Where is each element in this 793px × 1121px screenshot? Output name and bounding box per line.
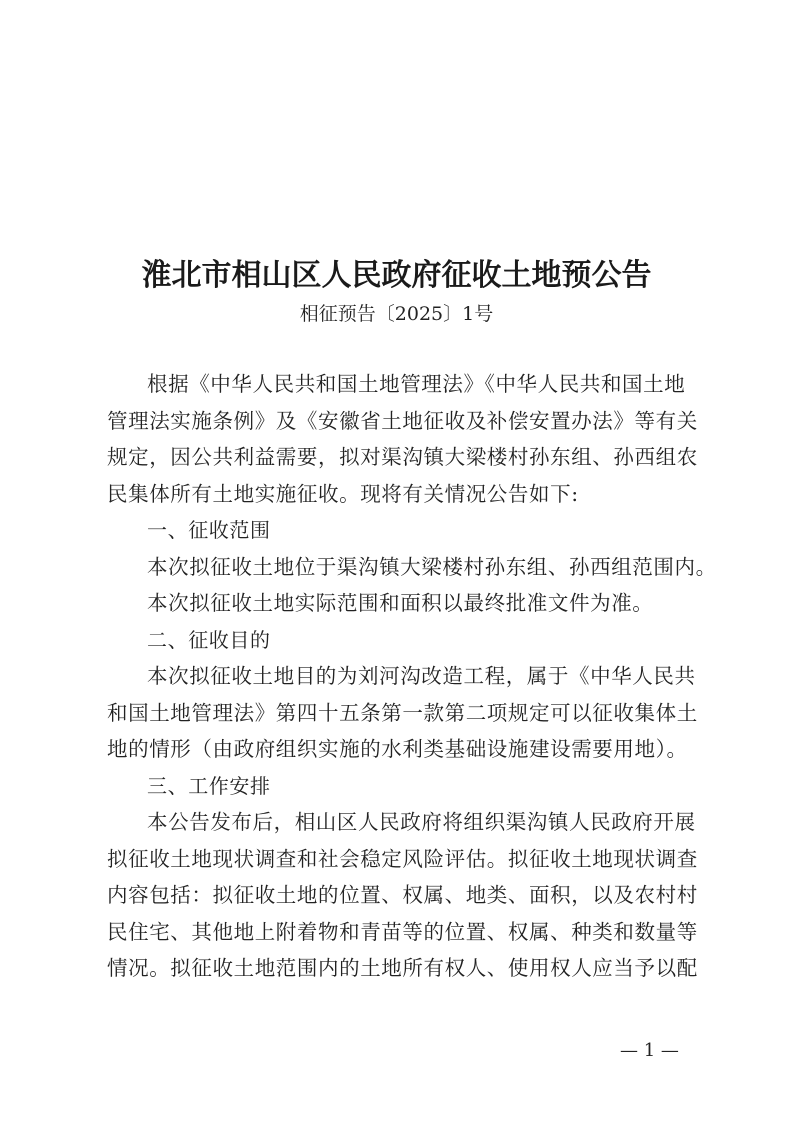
page-number: — 1 — bbox=[620, 1040, 679, 1061]
body-line: 规定，因公共利益需要，拟对渠沟镇大梁楼村孙东组、孙西组农 bbox=[107, 439, 692, 476]
body-line: 民住宅、其他地上附着物和青苗等的位置、权属、种类和数量等 bbox=[107, 914, 692, 951]
document-page: 淮北市相山区人民政府征收土地预公告 相征预告〔2025〕1号 根据《中华人民共和… bbox=[0, 0, 793, 1121]
body-line: 情况。拟征收土地范围内的土地所有权人、使用权人应当予以配 bbox=[107, 950, 692, 987]
body-line: 本次拟征收土地实际范围和面积以最终批准文件为准。 bbox=[107, 585, 692, 622]
body-line: 拟征收土地现状调查和社会稳定风险评估。拟征收土地现状调查 bbox=[107, 841, 692, 878]
body-line: 地的情形（由政府组织实施的水利类基础设施建设需要用地）。 bbox=[107, 731, 692, 768]
section-heading-purpose: 二、征收目的 bbox=[107, 622, 692, 659]
body-line: 根据《中华人民共和国土地管理法》《中华人民共和国土地 bbox=[107, 366, 692, 403]
document-body: 根据《中华人民共和国土地管理法》《中华人民共和国土地 管理法实施条例》及《安徽省… bbox=[107, 366, 692, 987]
document-title: 淮北市相山区人民政府征收土地预公告 bbox=[0, 250, 793, 294]
body-line: 内容包括：拟征收土地的位置、权属、地类、面积，以及农村村 bbox=[107, 877, 692, 914]
section-heading-arrangements: 三、工作安排 bbox=[107, 768, 692, 805]
body-line: 管理法实施条例》及《安徽省土地征收及补偿安置办法》等有关 bbox=[107, 403, 692, 440]
body-line: 本次拟征收土地目的为刘河沟改造工程，属于《中华人民共 bbox=[107, 658, 692, 695]
section-heading-scope: 一、征收范围 bbox=[107, 512, 692, 549]
body-line: 本次拟征收土地位于渠沟镇大梁楼村孙东组、孙西组范围内。 bbox=[107, 549, 692, 586]
body-line: 民集体所有土地实施征收。现将有关情况公告如下: bbox=[107, 476, 692, 513]
body-line: 本公告发布后，相山区人民政府将组织渠沟镇人民政府开展 bbox=[107, 804, 692, 841]
body-line: 和国土地管理法》第四十五条第一款第二项规定可以征收集体土 bbox=[107, 695, 692, 732]
document-number: 相征预告〔2025〕1号 bbox=[0, 299, 793, 326]
